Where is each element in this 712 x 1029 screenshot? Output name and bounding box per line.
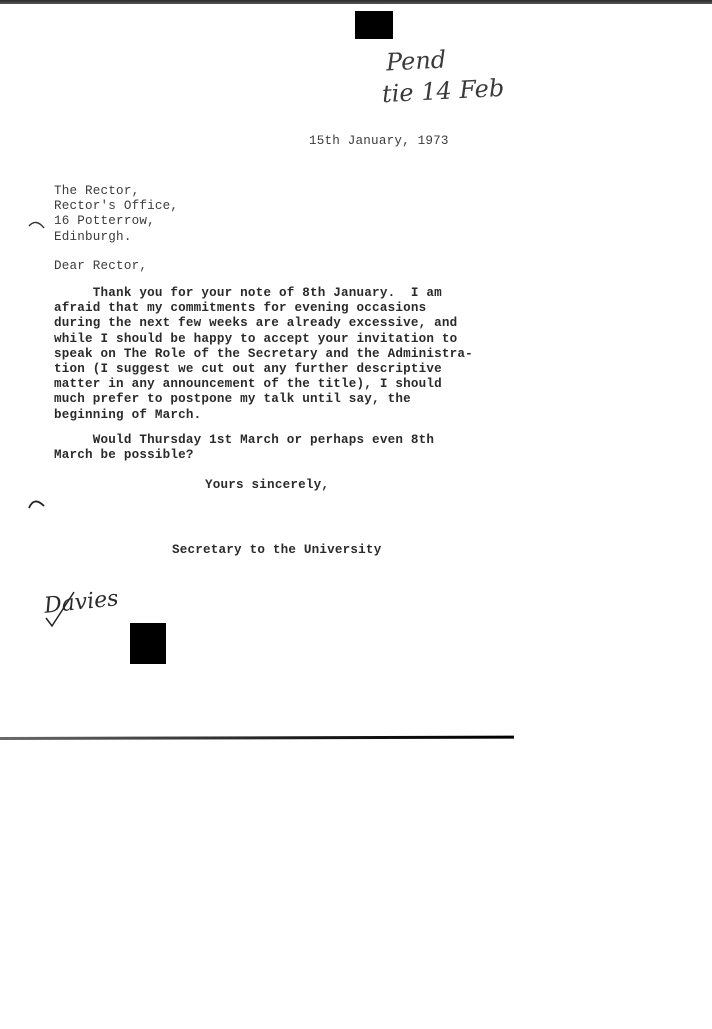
redaction-block-top	[355, 11, 393, 39]
page-rule-line	[0, 736, 514, 740]
text-line: much prefer to postpone my talk until sa…	[54, 392, 411, 406]
address-line: The Rector,	[54, 184, 139, 198]
salutation: Dear Rector,	[54, 259, 147, 274]
text-line: afraid that my commitments for evening o…	[54, 301, 426, 315]
redaction-block-signature	[130, 623, 166, 664]
handwritten-note-line-2: tie 14 Feb	[381, 75, 504, 107]
address-line: 16 Potterrow,	[54, 214, 155, 228]
text-line: March be possible?	[54, 448, 194, 462]
text-line: while I should be happy to accept your i…	[54, 332, 457, 346]
address-line: Rector's Office,	[54, 199, 178, 213]
text-line: speak on The Role of the Secretary and t…	[54, 347, 473, 361]
body-paragraph-1: Thank you for your note of 8th January. …	[54, 286, 473, 423]
address-line: Edinburgh.	[54, 230, 132, 244]
scan-top-edge	[0, 0, 712, 4]
text-line: Would Thursday 1st March or perhaps even…	[54, 433, 434, 447]
handwritten-note-line-1: Pend	[385, 46, 446, 75]
signatory-title: Secretary to the University	[172, 543, 381, 558]
text-line: beginning of March.	[54, 408, 201, 422]
signature-tick-icon	[44, 588, 80, 632]
letter-date: 15th January, 1973	[309, 134, 449, 149]
recipient-address: The Rector, Rector's Office, 16 Potterro…	[54, 184, 178, 245]
text-line: Thank you for your note of 8th January. …	[54, 286, 442, 300]
body-paragraph-2: Would Thursday 1st March or perhaps even…	[54, 433, 434, 463]
text-line: during the next few weeks are already ex…	[54, 316, 457, 330]
closing: Yours sincerely,	[205, 478, 329, 493]
text-line: tion (I suggest we cut out any further d…	[54, 362, 442, 376]
punch-hole-mark-icon	[28, 496, 46, 510]
punch-hole-mark-icon	[28, 218, 46, 230]
text-line: matter in any announcement of the title)…	[54, 377, 442, 391]
